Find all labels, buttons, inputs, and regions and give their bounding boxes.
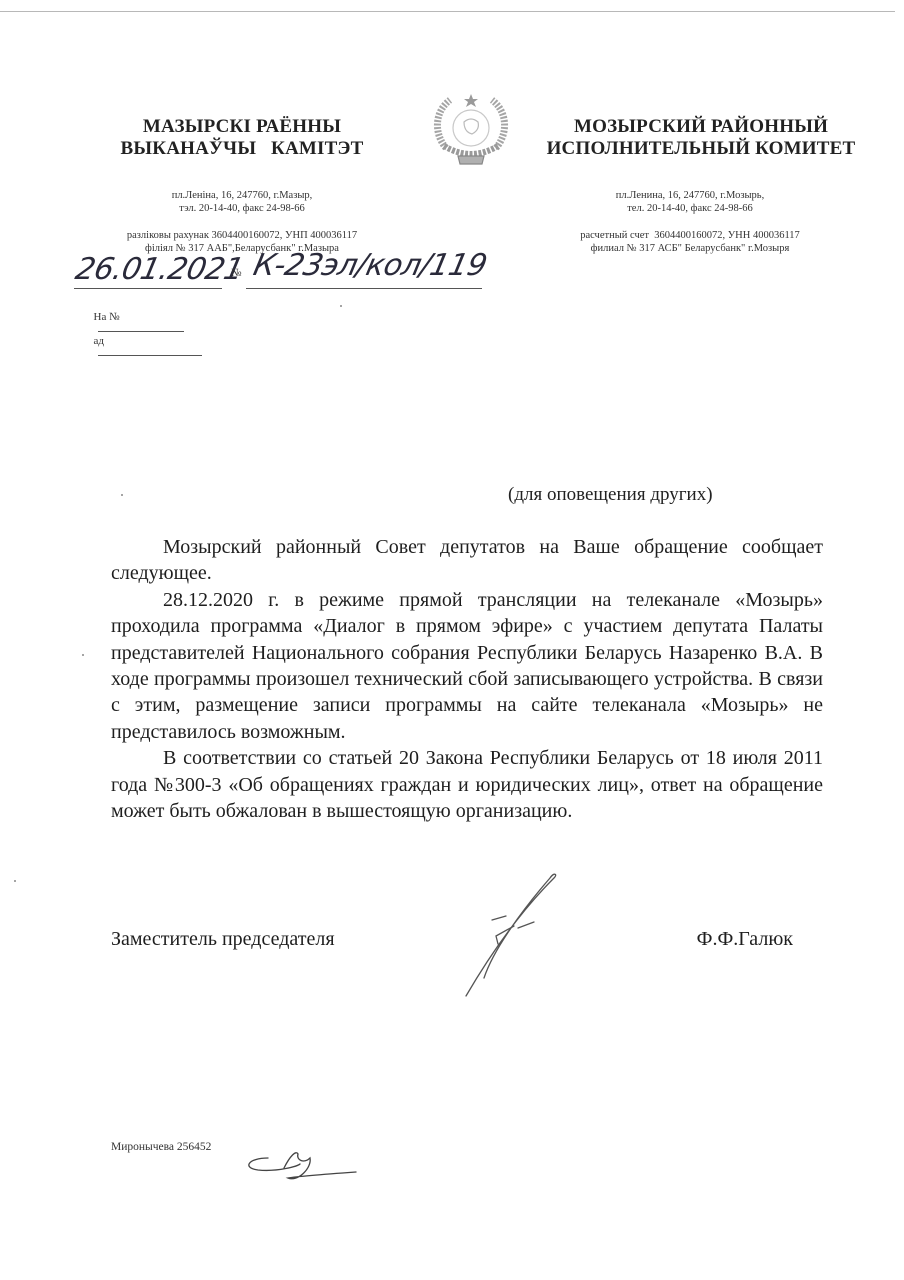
scan-speck [340, 305, 342, 307]
contact-line: тэл. 20-14-40, факс 24-98-66 [92, 202, 392, 215]
scan-speck [14, 880, 16, 882]
body-paragraph: Мозырский районный Совет депутатов на Ва… [111, 534, 823, 587]
letterhead-right-title-line1: МОЗЫРСКИЙ РАЙОННЫЙ [526, 116, 876, 138]
body-paragraph: 28.12.2020 г. в режиме прямой трансляции… [111, 587, 823, 745]
signatory-role: Заместитель председателя [111, 928, 335, 951]
registration-line: 26.01.2021 № К-23эл/кол/119 [74, 248, 494, 294]
scan-speck [121, 494, 123, 496]
reply-to-blank [98, 331, 184, 332]
bank-branch-line: филиал № 317 АСБ" Беларусбанк" г.Мозыря [530, 242, 850, 255]
address-line: пл.Леніна, 16, 247760, г.Мазыр, [92, 189, 392, 202]
letterhead-left-address: пл.Леніна, 16, 247760, г.Мазыр, тэл. 20-… [92, 189, 392, 215]
addressee: (для оповещения других) [508, 484, 713, 506]
number-label: № [231, 267, 242, 279]
scan-edge-line [0, 11, 895, 12]
letterhead-left-title-line2: ВЫКАНАЎЧЫ КАМІТЭТ [92, 138, 392, 160]
letterhead-right-bank: расчетный счет 3604400160072, УНН 400036… [530, 229, 850, 255]
handwritten-date: 26.01.2021 [72, 252, 246, 287]
initials-scrawl-icon [238, 1146, 368, 1186]
handwritten-reg-number: К-23эл/кол/119 [250, 248, 490, 283]
contact-line: тел. 20-14-40, факс 24-98-66 [540, 202, 840, 215]
reply-to-label: На № [94, 311, 120, 323]
signature-scrawl-icon [454, 868, 584, 1008]
bank-account-line: разліковы рахунак 3604400160072, УНП 400… [82, 229, 402, 242]
letter-body: Мозырский районный Совет депутатов на Ва… [111, 534, 823, 824]
reply-from-label: ад [94, 335, 104, 347]
reply-from-blank [98, 355, 202, 356]
letterhead-right-title: МОЗЫРСКИЙ РАЙОННЫЙ ИСПОЛНИТЕЛЬНЫЙ КОМИТЕ… [526, 116, 876, 160]
signatory-name: Ф.Ф.Галюк [697, 928, 793, 951]
body-paragraph: В соответствии со статьей 20 Закона Респ… [111, 745, 823, 824]
date-underline [74, 288, 222, 289]
bank-account-line: расчетный счет 3604400160072, УНН 400036… [530, 229, 850, 242]
address-line: пл.Ленина, 16, 247760, г.Мозырь, [540, 189, 840, 202]
letterhead-left-title: МАЗЫРСКІ РАЁННЫ ВЫКАНАЎЧЫ КАМІТЭТ [92, 116, 392, 160]
letterhead-right-title-line2: ИСПОЛНИТЕЛЬНЫЙ КОМИТЕТ [526, 138, 876, 160]
coat-of-arms-icon [428, 86, 514, 172]
scan-speck [82, 654, 84, 656]
number-underline [246, 288, 482, 289]
letterhead-right-address: пл.Ленина, 16, 247760, г.Мозырь, тел. 20… [540, 189, 840, 215]
executor-info: Миронычева 256452 [111, 1141, 211, 1153]
letterhead-left-title-line1: МАЗЫРСКІ РАЁННЫ [92, 116, 392, 138]
reply-reference-line: На № ад [88, 299, 202, 359]
